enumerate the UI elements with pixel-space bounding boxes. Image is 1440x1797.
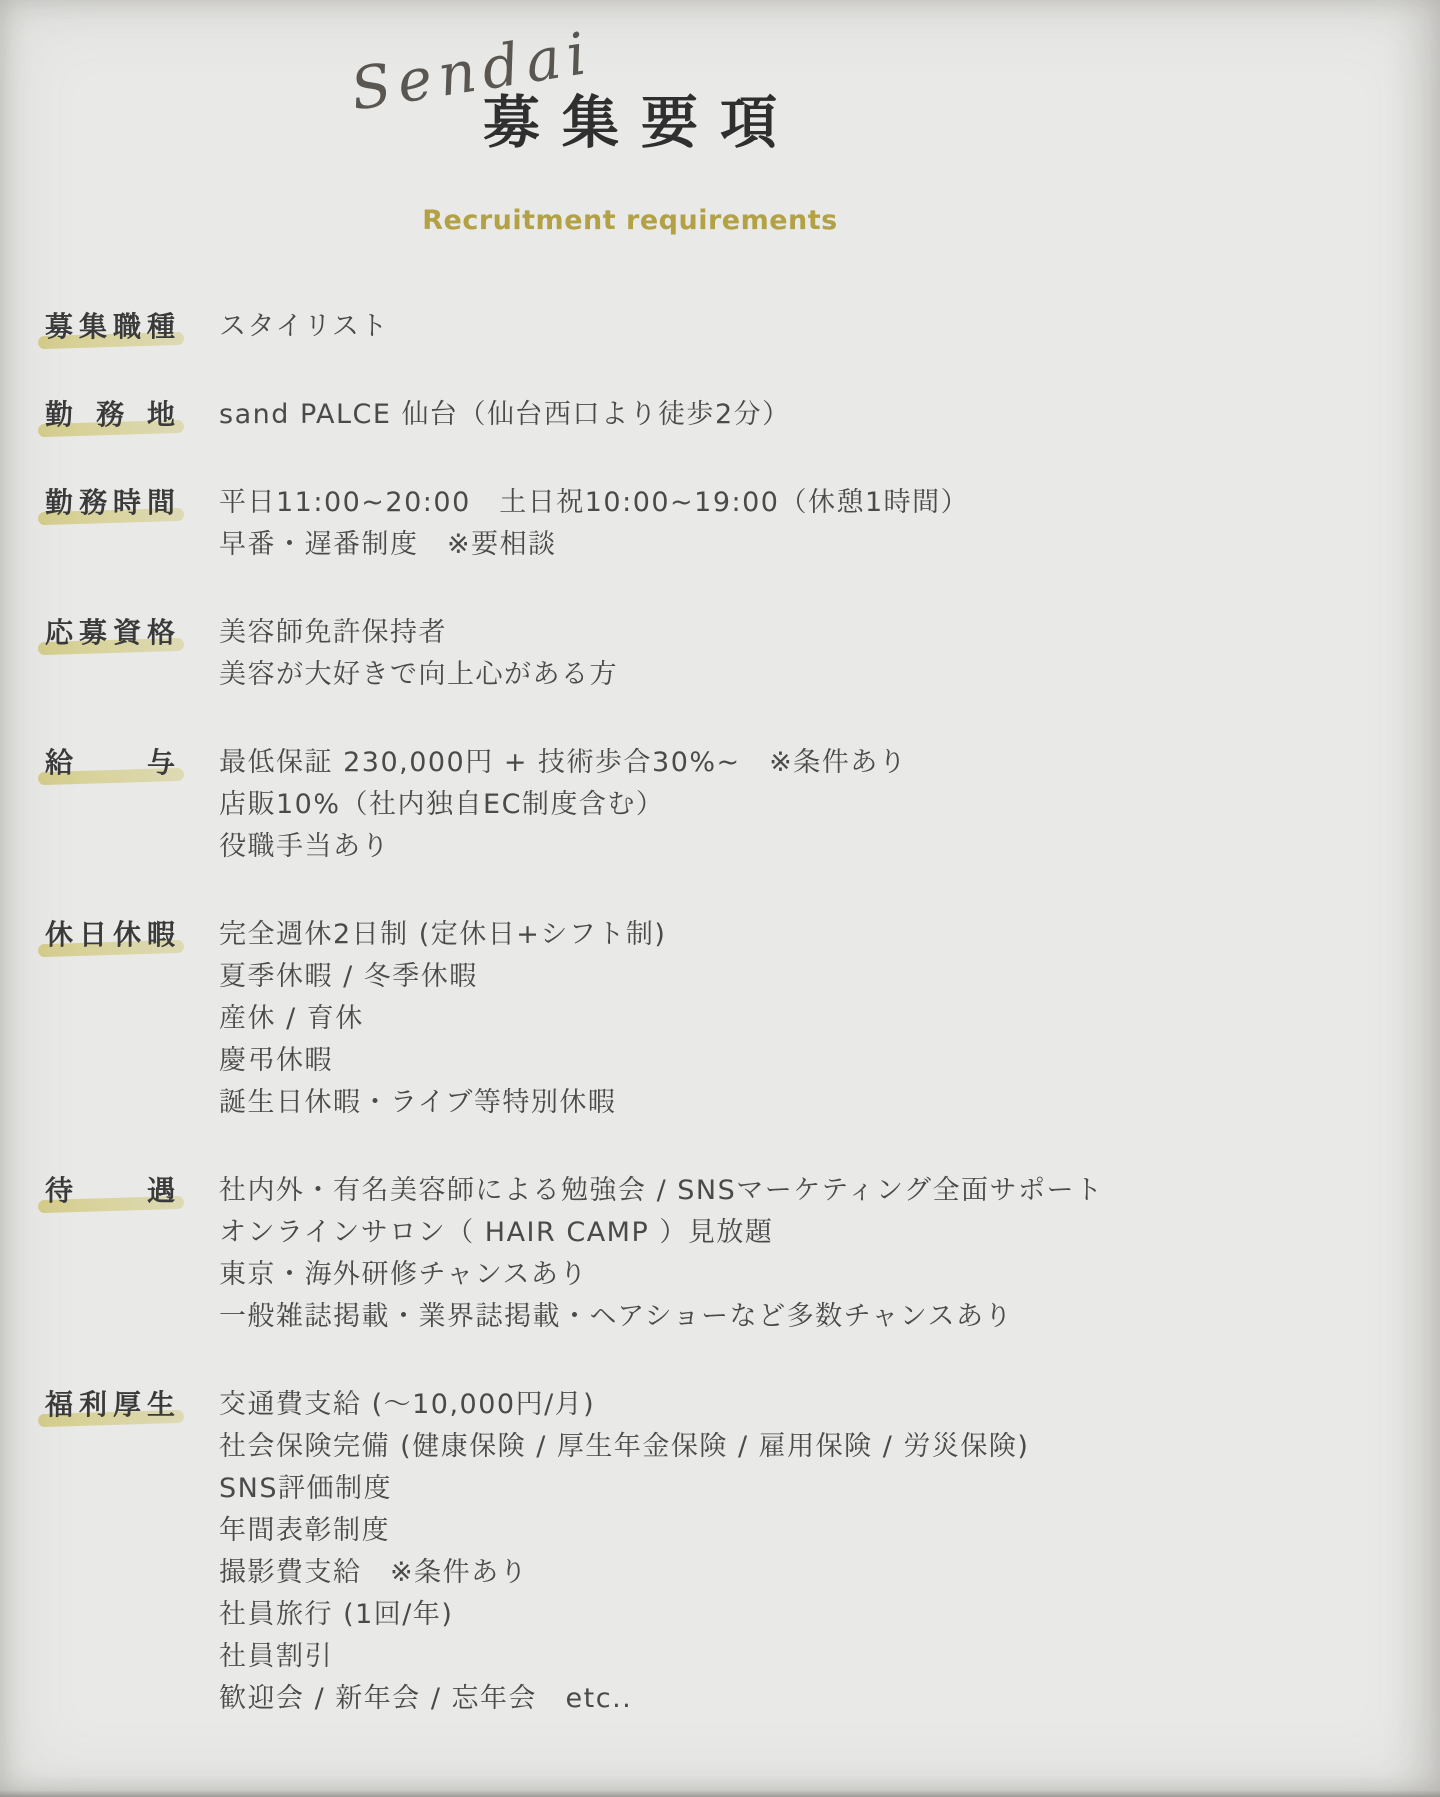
section-row: 待遇 社内外・有名美容師による勉強会 / SNSマーケティング全面サポートオンラ…: [45, 1170, 1440, 1338]
section-row: 応募資格 美容師免許保持者美容が大好きで向上心がある方: [45, 612, 1440, 696]
section-line: 美容が大好きで向上心がある方: [219, 654, 618, 696]
section-line: スタイリスト: [219, 306, 389, 348]
section-label: 給与: [45, 742, 175, 784]
section-row: 休日休暇 完全週休2日制 (定休日+シフト制)夏季休暇 / 冬季休暇産休 / 育…: [45, 914, 1440, 1124]
section-label: 休日休暇: [45, 914, 175, 956]
photo-bottom-edge: [0, 1790, 1440, 1797]
section-line: 役職手当あり: [219, 826, 907, 868]
section-values: 交通費支給 (～10,000円/月)社会保険完備 (健康保険 / 厚生年金保険 …: [219, 1384, 1029, 1720]
section-line: sand PALCE 仙台（仙台西口より徒歩2分）: [219, 394, 791, 436]
section-line: 年間表彰制度: [219, 1510, 1029, 1552]
section-line: オンラインサロン（ HAIR CAMP ）見放題: [219, 1212, 1104, 1254]
section-line: 最低保証 230,000円 + 技術歩合30%~ ※条件あり: [219, 742, 907, 784]
header: Sendai 募集要項 Recruitment requirements: [0, 0, 1260, 238]
section-line: 平日11:00~20:00 土日祝10:00~19:00（休憩1時間）: [219, 482, 969, 524]
section-line: 社員旅行 (1回/年): [219, 1594, 1029, 1636]
section-line: 社内外・有名美容師による勉強会 / SNSマーケティング全面サポート: [219, 1170, 1104, 1212]
requirement-sections: 募集職種 スタイリスト 勤務地 sand PALCE 仙台（仙台西口より徒歩2分…: [0, 306, 1440, 1720]
section-label-text: 待遇: [45, 1170, 175, 1212]
section-row: 勤務地 sand PALCE 仙台（仙台西口より徒歩2分）: [45, 394, 1440, 436]
section-values: 美容師免許保持者美容が大好きで向上心がある方: [219, 612, 618, 696]
section-line: 歓迎会 / 新年会 / 忘年会 etc..: [219, 1678, 1029, 1720]
section-line: 夏季休暇 / 冬季休暇: [219, 956, 666, 998]
section-label: 勤務地: [45, 394, 175, 436]
section-values: sand PALCE 仙台（仙台西口より徒歩2分）: [219, 394, 791, 436]
section-line: 東京・海外研修チャンスあり: [219, 1254, 1104, 1296]
section-label-text: 勤務地: [45, 394, 175, 436]
section-line: 誕生日休暇・ライブ等特別休暇: [219, 1082, 666, 1124]
section-label: 勤務時間: [45, 482, 175, 524]
section-values: 社内外・有名美容師による勉強会 / SNSマーケティング全面サポートオンラインサ…: [219, 1170, 1104, 1338]
section-label-text: 募集職種: [45, 306, 175, 348]
section-line: 店販10%（社内独自EC制度含む）: [219, 784, 907, 826]
section-label: 応募資格: [45, 612, 175, 654]
section-line: SNS評価制度: [219, 1468, 1029, 1510]
section-line: 美容師免許保持者: [219, 612, 618, 654]
section-label-text: 勤務時間: [45, 482, 175, 524]
section-row: 募集職種 スタイリスト: [45, 306, 1440, 348]
section-line: 産休 / 育休: [219, 998, 666, 1040]
section-values: 完全週休2日制 (定休日+シフト制)夏季休暇 / 冬季休暇産休 / 育休慶弔休暇…: [219, 914, 666, 1124]
section-label-text: 福利厚生: [45, 1384, 175, 1426]
section-line: 社会保険完備 (健康保険 / 厚生年金保険 / 雇用保険 / 労災保険): [219, 1426, 1029, 1468]
section-line: 一般雑誌掲載・業界誌掲載・ヘアショーなど多数チャンスあり: [219, 1296, 1104, 1338]
section-row: 福利厚生 交通費支給 (～10,000円/月)社会保険完備 (健康保険 / 厚生…: [45, 1384, 1440, 1720]
section-label-text: 休日休暇: [45, 914, 175, 956]
section-line: 早番・遅番制度 ※要相談: [219, 524, 969, 566]
section-label: 福利厚生: [45, 1384, 175, 1426]
section-label-text: 応募資格: [45, 612, 175, 654]
section-line: 完全週休2日制 (定休日+シフト制): [219, 914, 666, 956]
section-line: 社員割引: [219, 1636, 1029, 1678]
section-label: 待遇: [45, 1170, 175, 1212]
section-line: 撮影費支給 ※条件あり: [219, 1552, 1029, 1594]
page-subtitle: Recruitment requirements: [0, 205, 1260, 236]
section-values: 平日11:00~20:00 土日祝10:00~19:00（休憩1時間）早番・遅番…: [219, 482, 969, 566]
section-line: 交通費支給 (～10,000円/月): [219, 1384, 1029, 1426]
section-label-text: 給与: [45, 742, 175, 784]
page-title: 募集要項: [461, 92, 799, 155]
section-label: 募集職種: [45, 306, 175, 348]
section-line: 慶弔休暇: [219, 1040, 666, 1082]
section-values: スタイリスト: [219, 306, 389, 348]
section-row: 勤務時間 平日11:00~20:00 土日祝10:00~19:00（休憩1時間）…: [45, 482, 1440, 566]
section-values: 最低保証 230,000円 + 技術歩合30%~ ※条件あり店販10%（社内独自…: [219, 742, 907, 868]
section-row: 給与 最低保証 230,000円 + 技術歩合30%~ ※条件あり店販10%（社…: [45, 742, 1440, 868]
